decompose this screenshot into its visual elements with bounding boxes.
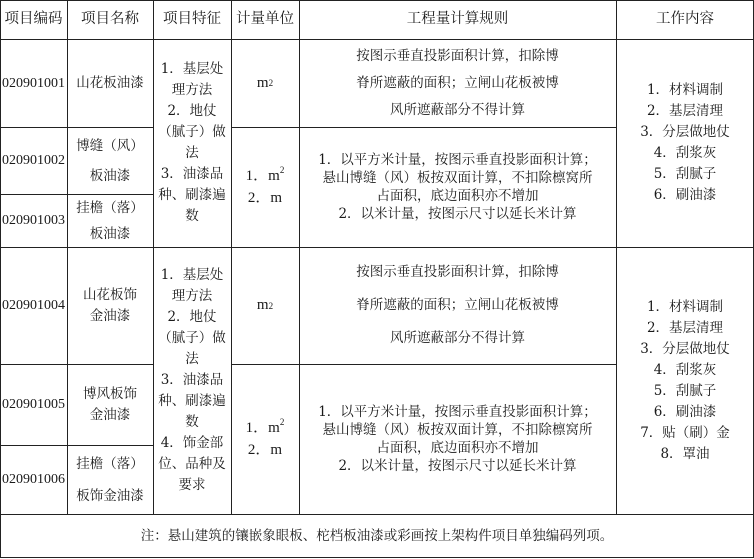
feature-line: 法 (185, 143, 199, 164)
feature-line: 要求 (179, 475, 206, 496)
rule-cell: 1．以平方米计量，按图示垂直投影面积计算； 悬山博缝（风）板按双面计算，不扣除檩… (299, 364, 616, 514)
work-line: 4．刮浆灰 (654, 143, 717, 164)
rule-line: 脊所遮蔽的面积；立闸山花板被博 (356, 70, 559, 97)
work-line: 3．分层做地仗 (640, 122, 730, 143)
feature-line: 数 (185, 412, 199, 433)
unit-value: m (257, 296, 269, 315)
unit-cell: 1．m2 2．m (231, 127, 299, 247)
feature-line: 种、刷漆遍 (158, 391, 226, 412)
feature-line: 数 (185, 206, 199, 227)
item-name-line: 博风板饰 (83, 384, 137, 405)
feature-line: （腻子）做 (158, 122, 226, 143)
features-group-2: 1．基层处 理方法 2．地仗 （腻子）做 法 3．油漆品 种、刷漆遍 数 4．饰… (153, 247, 231, 514)
unit-line: 2．m (248, 439, 282, 461)
item-name: 博风板饰 金油漆 (67, 364, 153, 445)
features-group-1: 1．基层处 理方法 2．地仗 （腻子）做 法 3．油漆品 种、刷漆遍 数 (153, 39, 231, 247)
feature-line: 4．饰金部 (161, 433, 224, 454)
work-line: 8．罩油 (660, 444, 709, 465)
item-name-line: 板油漆 (90, 221, 131, 247)
feature-line: 2．地仗 (167, 307, 216, 328)
item-name-line: 板饰金油漆 (76, 480, 144, 512)
item-code: 020901002 (0, 127, 67, 194)
unit-cell: m2 (231, 39, 299, 127)
work-line: 5．刮腻子 (654, 381, 717, 402)
work-line: 6．刷油漆 (654, 185, 717, 206)
work-line: 6．刷油漆 (654, 402, 717, 423)
work-line: 1．材料调制 (647, 297, 723, 318)
rule-line: 脊所遮蔽的面积；立闸山花板被博 (356, 289, 559, 322)
item-name-line: 金油漆 (90, 306, 131, 327)
item-code: 020901005 (0, 364, 67, 445)
rule-line: 1．以平方米计量，按图示垂直投影面积计算； (318, 403, 597, 421)
item-name-line: 山花板饰 (83, 285, 137, 306)
rule-line: 悬山博缝（风）板按双面计算，不扣除檩窝所 (323, 421, 593, 439)
item-name: 挂檐（落） 板饰金油漆 (67, 445, 153, 514)
feature-line: 3．油漆品 (161, 370, 224, 391)
unit-value: m (257, 74, 269, 93)
item-code: 020901003 (0, 194, 67, 247)
feature-line: 1．基层处 (161, 59, 224, 80)
unit-line: 1．m2 (246, 417, 285, 439)
table-note: 注：悬山建筑的镶嵌象眼板、柁档板油漆或彩画按上架构件项目单独编码列项。 (0, 514, 754, 558)
header-rules: 工程量计算规则 (299, 0, 616, 39)
item-name: 山花板油漆 (67, 39, 153, 127)
work-cell: 1．材料调制 2．基层清理 3．分层做地仗 4．刮浆灰 5．刮腻子 6．刷油漆 (616, 39, 754, 247)
rule-line: 占面积，底边面积亦不增加 (377, 439, 539, 457)
feature-line: 位、品种及 (158, 454, 226, 475)
item-name-line: 板油漆 (90, 161, 131, 191)
rule-cell: 按图示垂直投影面积计算，扣除博 脊所遮蔽的面积；立闸山花板被博 风所遮蔽部分不得… (299, 39, 616, 127)
rule-line: 风所遮蔽部分不得计算 (390, 97, 525, 124)
feature-line: 法 (185, 349, 199, 370)
header-work: 工作内容 (616, 0, 754, 39)
work-line: 4．刮浆灰 (654, 360, 717, 381)
work-line: 7．贴（刷）金 (640, 423, 730, 444)
item-name: 博缝（风） 板油漆 (67, 127, 153, 194)
item-code: 020901004 (0, 247, 67, 364)
work-line: 3．分层做地仗 (640, 339, 730, 360)
rule-line: 按图示垂直投影面积计算，扣除博 (356, 43, 559, 70)
item-name-line: 挂檐（落） (76, 195, 144, 221)
rule-cell: 按图示垂直投影面积计算，扣除博 脊所遮蔽的面积；立闸山花板被博 风所遮蔽部分不得… (299, 247, 616, 364)
unit-line: 2．m (248, 187, 282, 209)
item-name: 挂檐（落） 板油漆 (67, 194, 153, 247)
unit-cell: m2 (231, 247, 299, 364)
item-code: 020901006 (0, 445, 67, 514)
item-name: 山花板饰 金油漆 (67, 247, 153, 364)
rule-line: 悬山博缝（风）板按双面计算，不扣除檩窝所 (323, 169, 593, 187)
rule-line: 按图示垂直投影面积计算，扣除博 (356, 256, 559, 289)
work-line: 2．基层清理 (647, 318, 723, 339)
feature-line: 2．地仗 (167, 101, 216, 122)
feature-line: 1．基层处 (161, 265, 224, 286)
feature-line: 种、刷漆遍 (158, 185, 226, 206)
unit-cell: 1．m2 2．m (231, 364, 299, 514)
rule-line: 风所遮蔽部分不得计算 (390, 322, 525, 355)
work-line: 5．刮腻子 (654, 164, 717, 185)
feature-line: 理方法 (172, 80, 213, 101)
feature-line: 理方法 (172, 286, 213, 307)
header-name: 项目名称 (67, 0, 153, 39)
work-line: 1．材料调制 (647, 80, 723, 101)
rule-line: 1．以平方米计量，按图示垂直投影面积计算； (318, 151, 597, 169)
rule-line: 2．以米计量，按图示尺寸以延长米计算 (338, 205, 576, 223)
item-name-line: 金油漆 (90, 405, 131, 426)
item-code: 020901001 (0, 39, 67, 127)
item-name-line: 挂檐（落） (76, 448, 144, 480)
item-name-line: 博缝（风） (76, 131, 144, 161)
feature-line: 3．油漆品 (161, 164, 224, 185)
header-unit: 计量单位 (231, 0, 299, 39)
rule-line: 占面积，底边面积亦不增加 (377, 187, 539, 205)
header-code: 项目编码 (0, 0, 67, 39)
work-line: 2．基层清理 (647, 101, 723, 122)
feature-line: （腻子）做 (158, 328, 226, 349)
work-cell: 1．材料调制 2．基层清理 3．分层做地仗 4．刮浆灰 5．刮腻子 6．刷油漆 … (616, 247, 754, 514)
rule-cell: 1．以平方米计量，按图示垂直投影面积计算； 悬山博缝（风）板按双面计算，不扣除檩… (299, 127, 616, 247)
unit-line: 1．m2 (246, 165, 285, 187)
rule-line: 2．以米计量，按图示尺寸以延长米计算 (338, 457, 576, 475)
header-features: 项目特征 (153, 0, 231, 39)
